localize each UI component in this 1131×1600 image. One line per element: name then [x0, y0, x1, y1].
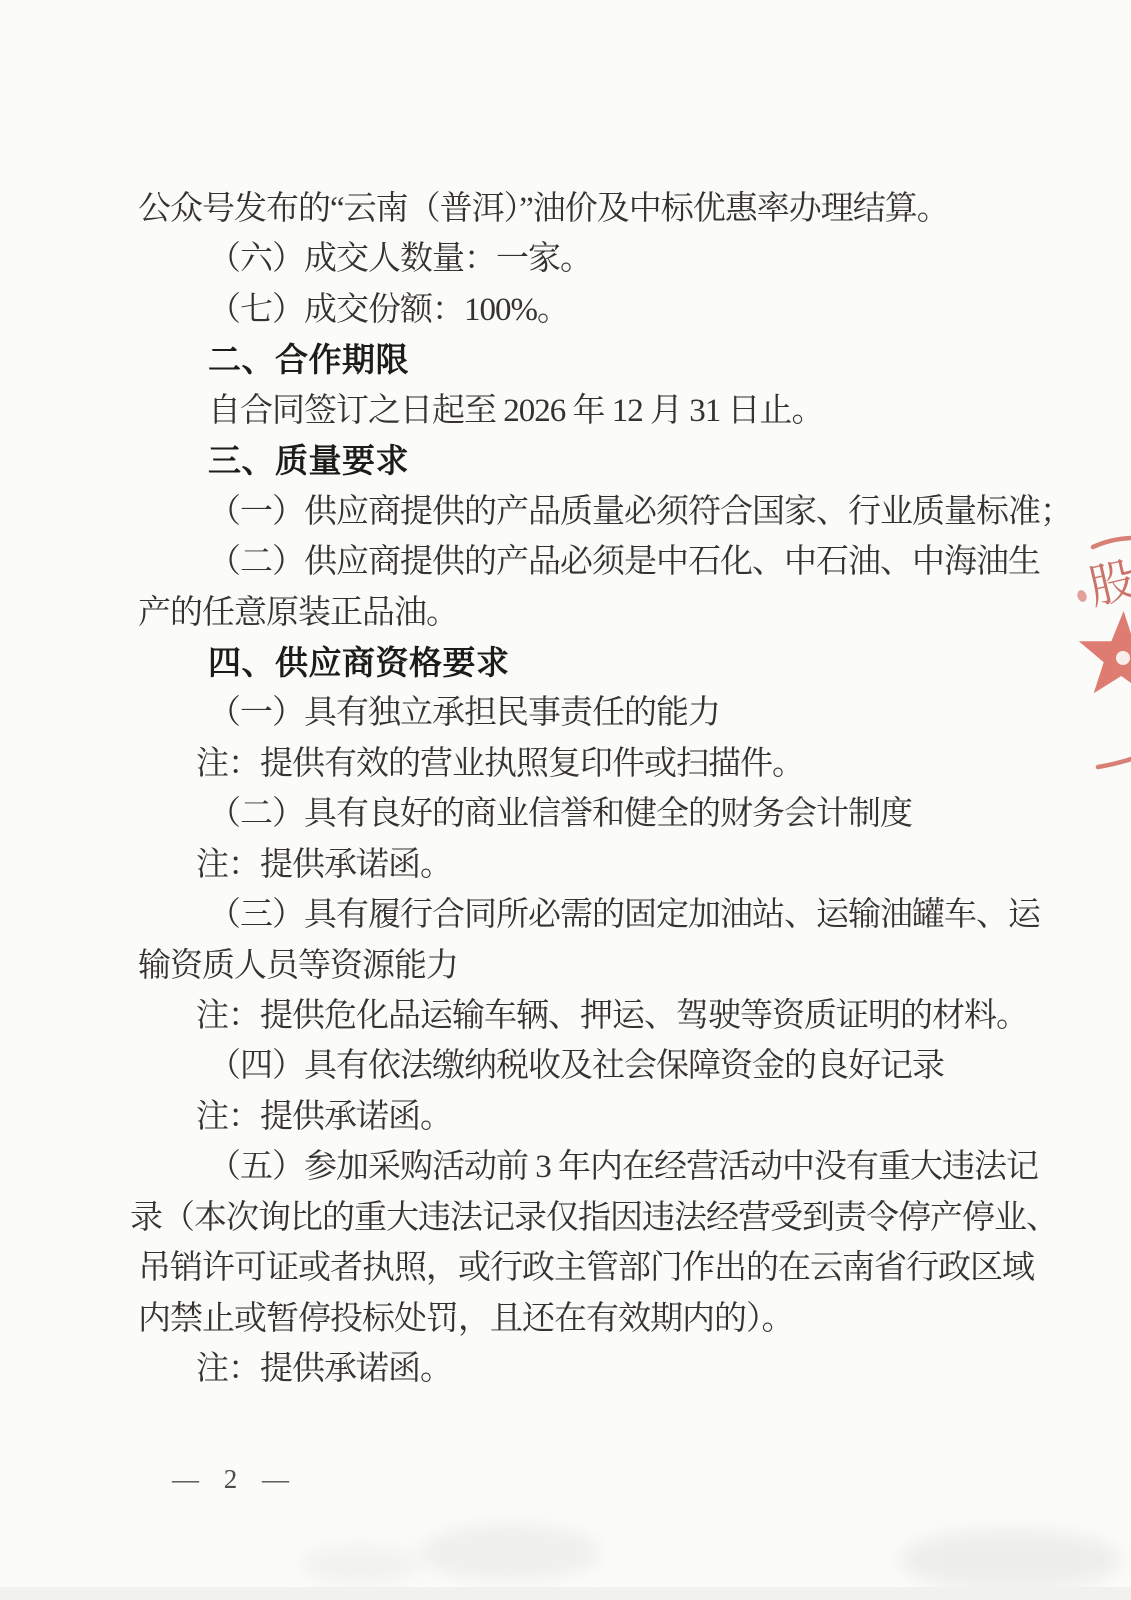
seal-text-fragment	[1076, 589, 1089, 603]
scan-smudge	[420, 1525, 600, 1580]
document-body: 公众号发布的“云南（普洱）”油价及中标优惠率办理结算。（六）成交人数量：一家。（…	[138, 184, 1019, 1395]
text-line: 注：提供危化品运输车辆、押运、驾驶等资质证明的材料。	[138, 991, 1019, 1041]
seal-ring-bottom-arc	[1098, 759, 1131, 767]
scan-smudge	[900, 1530, 1120, 1590]
scan-smudge	[300, 1545, 420, 1585]
page-number: — 2 —	[172, 1464, 298, 1495]
section-heading: 三、质量要求	[138, 436, 1019, 486]
text-line: 吊销许可证或者执照，或行政主管部门作出的在云南省行政区域	[138, 1243, 1019, 1293]
seal-star-void	[1116, 651, 1130, 665]
text-line: （四）具有依法缴纳税收及社会保障资金的良好记录	[138, 1041, 1019, 1091]
text-line: （二）供应商提供的产品必须是中石化、中石油、中海油生	[138, 537, 1019, 587]
seal-star-icon	[1079, 611, 1131, 695]
section-heading: 二、合作期限	[138, 335, 1019, 385]
text-line: （二）具有良好的商业信誉和健全的财务会计制度	[138, 789, 1019, 839]
text-line: （七）成交份额：100%。	[138, 285, 1019, 335]
text-line: 公众号发布的“云南（普洱）”油价及中标优惠率办理结算。	[138, 184, 1019, 234]
text-line: （三）具有履行合同所必需的固定加油站、运输油罐车、运	[138, 890, 1019, 940]
text-line: 注：提供有效的营业执照复印件或扫描件。	[138, 739, 1019, 789]
official-seal-stamp: 股	[1042, 528, 1131, 780]
text-line: 注：提供承诺函。	[138, 840, 1019, 890]
text-line: 自合同签订之日起至 2026 年 12 月 31 日止。	[138, 386, 1019, 436]
text-line: （六）成交人数量：一家。	[138, 234, 1019, 284]
seal-ring-top-arc	[1093, 538, 1131, 547]
text-line: （一）供应商提供的产品质量必须符合国家、行业质量标准；	[138, 487, 1019, 537]
scan-bottom-edge	[0, 1587, 1131, 1600]
text-line: （五）参加采购活动前 3 年内在经营活动中没有重大违法记	[138, 1142, 1019, 1192]
text-line: 产的任意原装正品油。	[138, 588, 1019, 638]
text-line: （一）具有独立承担民事责任的能力	[138, 688, 1019, 738]
seal-character: 股	[1084, 554, 1131, 615]
document-page: 公众号发布的“云南（普洱）”油价及中标优惠率办理结算。（六）成交人数量：一家。（…	[0, 0, 1131, 1600]
text-line: 内禁止或暂停投标处罚，且还在有效期内的）。	[138, 1294, 1019, 1344]
text-line: 输资质人员等资源能力	[138, 941, 1019, 991]
text-line: 注：提供承诺函。	[138, 1092, 1019, 1142]
text-line: 注：提供承诺函。	[138, 1344, 1019, 1394]
section-heading: 四、供应商资格要求	[138, 638, 1019, 688]
text-line: 录（本次询比的重大违法记录仅指因违法经营受到责令停产停业、	[130, 1193, 1019, 1243]
